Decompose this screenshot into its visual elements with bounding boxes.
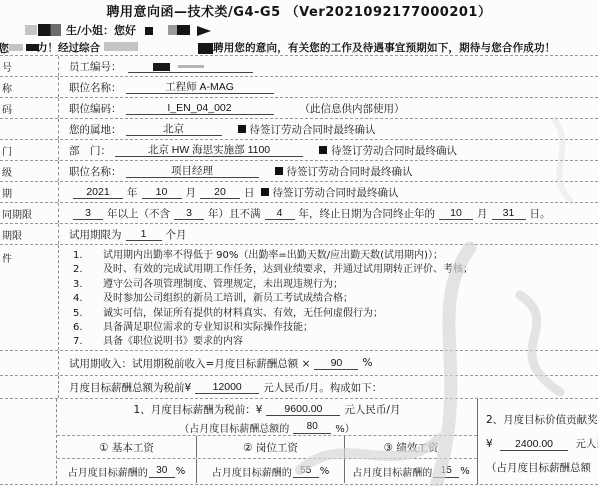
contract-text: 年以上（不含 xyxy=(107,206,170,221)
row-employee-id: 号 员工编号： xyxy=(0,56,598,77)
row-department: 门 部 门： 北京 HW 海思实施部 1100 待签订劳动合同时最终确认 xyxy=(0,140,598,161)
date-day-unit: 日 xyxy=(244,185,255,200)
condition-number: 7. xyxy=(69,335,103,349)
contract-text: 年，终止日期为合同终止年的 xyxy=(299,206,436,221)
condition-item: 6.具备满足职位需求的专业知识和实际操作技能； xyxy=(69,321,598,335)
job-title-label: 职位名称： xyxy=(69,80,122,95)
position-label: 职位名称： xyxy=(69,164,122,179)
percent-sign: % xyxy=(320,466,330,477)
side-label: 级 xyxy=(0,161,59,181)
condition-text: 及时参加公司组织的新员工培训，新员工考试成绩合格； xyxy=(103,292,353,306)
salary-columns-values: 占月度目标薪酬的 30 % 占月度目标薪酬的 55 % 占月度目标薪酬的 15 … xyxy=(57,458,477,483)
condition-number: 6. xyxy=(69,321,103,335)
side-label xyxy=(0,376,59,398)
end-day-value: 31 xyxy=(492,207,526,220)
percent-sign: % xyxy=(362,357,372,369)
contract-text: 日。 xyxy=(530,206,551,221)
side-label: 码 xyxy=(0,98,59,118)
side-label: 期限 xyxy=(0,224,59,244)
date-day-value: 20 xyxy=(200,186,240,199)
salutation-text: 生/小姐：您好 xyxy=(66,22,136,38)
date-year-unit: 年 xyxy=(127,185,138,200)
job-code-label: 职位编码： xyxy=(69,101,122,116)
contract-max-value: 4 xyxy=(265,207,295,220)
condition-text: 具备满足职位需求的专业知识和实际操作技能； xyxy=(103,321,313,335)
salary-item2-section: 2、月度目标价值贡献奖 ¥ 2400.00 元人民币 （占月度目标薪酬总额 xyxy=(478,399,598,484)
column-head-perf: ③ 绩效工资 xyxy=(345,436,477,458)
side-label xyxy=(0,351,59,375)
confirm-note: 待签订劳动合同时最终确认 xyxy=(287,164,413,179)
checkbox-filled-icon xyxy=(275,167,283,175)
row-contract-term: 同期限 3 年以上（不含 3 年）且不满 4 年，终止日期为合同终止年的 10 … xyxy=(0,203,598,224)
redaction-block xyxy=(168,25,190,35)
side-label: 称 xyxy=(0,77,59,97)
salary-item1-section: 1、月度目标薪酬为税前：¥ 9600.00 元人民币/月 （占月度目标薪酬总额的… xyxy=(57,399,478,484)
column-head-post: ② 岗位工资 xyxy=(197,436,345,458)
redaction-block xyxy=(145,27,153,35)
contract-years-value: 3 xyxy=(73,207,103,220)
document-page: 聘用意向函—技术类/G4-G5 （Ver2021092177000201） 生/… xyxy=(0,0,598,486)
condition-text: 遵守公司各项管理制度、管理规定，未出现违规行为； xyxy=(103,278,343,292)
condition-item: 7.具备《职位说明书》要求的内容 xyxy=(69,335,598,349)
document-title: 聘用意向函—技术类/G4-G5 （Ver2021092177000201） xyxy=(0,1,598,20)
checkbox-filled-icon xyxy=(319,146,327,154)
item1-value: 9600.00 xyxy=(266,403,340,416)
item1-suffix: 元人民币/月 xyxy=(344,402,400,417)
redaction-mark xyxy=(197,26,211,36)
row-job-code: 码 职位编码： I_EN_04_002 （此信息供内部使用） xyxy=(0,98,598,119)
item1-pct-label: （占月度目标薪酬总额的 xyxy=(179,420,289,435)
condition-number: 5. xyxy=(69,307,103,321)
salary-columns-header: ① 基本工资 ② 岗位工资 ③ 绩效工资 xyxy=(57,435,477,458)
side-label: 号 xyxy=(0,56,59,76)
probation-label: 试用期限为 xyxy=(69,227,122,242)
internal-use-note: （此信息供内部使用） xyxy=(300,101,405,116)
item2-pct-label: （占月度目标薪酬总额 xyxy=(486,456,598,480)
condition-item: 2.及时、有效的完成试用期工作任务，达到业绩要求，并通过试用期转正评价、考核； xyxy=(69,263,598,277)
column-pct-label: 占月度目标薪酬的 xyxy=(352,464,432,479)
column-head-base: ① 基本工资 xyxy=(57,436,197,458)
probation-unit: 个月 xyxy=(166,227,187,242)
location-value: 北京 xyxy=(126,123,222,136)
column-pct-label: 占月度目标薪酬的 xyxy=(212,464,292,479)
end-month-value: 10 xyxy=(439,207,473,220)
condition-item: 1.试用期内出勤率不得低于 90%（出勤率=出勤天数/应出勤天数(试用期内)）； xyxy=(69,249,598,263)
side-label: 门 xyxy=(0,140,59,160)
side-label: 期 xyxy=(0,182,59,202)
column-pct-label: 占月度目标薪酬的 xyxy=(68,464,148,479)
redaction-block xyxy=(38,24,61,36)
condition-text: 试用期内出勤率不得低于 90%（出勤率=出勤天数/应出勤天数(试用期内)）； xyxy=(103,249,443,263)
row-conditions: 件 1.试用期内出勤率不得低于 90%（出勤率=出勤天数/应出勤天数(试用期内)… xyxy=(0,245,598,351)
item1-label: 1、月度目标薪酬为税前：¥ xyxy=(134,402,263,417)
location-label: 您的属地： xyxy=(69,122,122,137)
side-label: 件 xyxy=(0,245,59,350)
item2-suffix: 元人民币 xyxy=(575,438,598,450)
condition-text: 诚实可信，保证所有提供的材料真实、有效，无任何虚假行为； xyxy=(103,307,383,321)
contract-excl-value: 3 xyxy=(174,207,204,220)
condition-item: 3.遵守公司各项管理制度、管理规定，未出现违规行为； xyxy=(69,278,598,292)
checkbox-filled-icon xyxy=(238,125,246,133)
row-date: 期 2021 年 10 月 20 日 待签订劳动合同时最终确认 xyxy=(0,182,598,203)
confirm-note: 待签订劳动合同时最终确认 xyxy=(331,143,457,158)
contract-text: 年）且不满 xyxy=(208,206,261,221)
row-probation-income: 试用期收入：试用期税前收入=月度目标薪酬总额 × 90 % xyxy=(0,351,598,376)
position-value: 项目经理 xyxy=(126,165,259,178)
percent-sign: % xyxy=(460,466,470,477)
condition-text: 及时、有效的完成试用期工作任务，达到业绩要求，并通过试用期转正评价、考核； xyxy=(103,263,473,277)
item1-pct-value: 80 xyxy=(293,421,331,434)
redaction-block xyxy=(198,43,213,54)
greeting-fragment: 您 xyxy=(0,40,9,56)
row-monthly-total: 月度目标薪酬总额为税前¥ 12000 元人民币/月。构成如下： xyxy=(0,376,598,399)
post-pct-value: 55 xyxy=(293,465,319,478)
redaction-block xyxy=(25,25,37,35)
probation-months-value: 1 xyxy=(126,228,162,241)
monthly-total-suffix: 元人民币/月。构成如下： xyxy=(263,380,382,395)
perf-pct-value: 15 xyxy=(433,465,459,478)
employee-id-label: 员工编号： xyxy=(69,59,122,74)
greeting-fragment: 力！经过综合 xyxy=(37,40,100,55)
row-probation-term: 期限 试用期限为 1 个月 xyxy=(0,224,598,245)
row-job-title: 称 职位名称： 工程师 A-MAG xyxy=(0,77,598,98)
condition-item: 5.诚实可信，保证所有提供的材料真实、有效，无任何虚假行为； xyxy=(69,307,598,321)
date-month-value: 10 xyxy=(142,186,182,199)
date-month-unit: 月 xyxy=(186,185,197,200)
redaction-mark xyxy=(178,65,204,68)
item2-value: 2400.00 xyxy=(500,438,568,451)
percent-sign: % xyxy=(176,466,186,477)
probation-income-label: 试用期收入：试用期税前收入=月度目标薪酬总额 × xyxy=(69,356,310,371)
contract-text: 月 xyxy=(477,206,488,221)
monthly-total-value: 12000 xyxy=(195,381,259,394)
currency-sign: ¥ xyxy=(486,438,493,450)
date-year-value: 2021 xyxy=(73,186,123,199)
item1-pct-suffix: %） xyxy=(335,420,355,435)
item2-title: 2、月度目标价值贡献奖 xyxy=(486,408,598,432)
condition-item: 4.及时参加公司组织的新员工培训，新员工考试成绩合格； xyxy=(69,292,598,306)
employee-id-field xyxy=(128,60,253,73)
greeting-main-text: 聘用您的意向，有关您的工作及待遇事宜预期如下，期待与您合作成功！ xyxy=(213,40,555,55)
row-location: 您的属地： 北京 待签订劳动合同时最终确认 xyxy=(0,119,598,140)
confirm-note: 待签订劳动合同时最终确认 xyxy=(273,185,399,200)
condition-number: 3. xyxy=(69,278,103,292)
side-label xyxy=(0,399,57,484)
job-code-value: I_EN_04_002 xyxy=(126,102,274,115)
job-title-value: 工程师 A-MAG xyxy=(126,81,274,94)
conditions-list: 1.试用期内出勤率不得低于 90%（出勤率=出勤天数/应出勤天数(试用期内)）；… xyxy=(59,245,598,350)
condition-text: 具备《职位说明书》要求的内容 xyxy=(103,335,243,349)
redaction-block xyxy=(153,63,170,71)
salary-composition-block: 1、月度目标薪酬为税前：¥ 9600.00 元人民币/月 （占月度目标薪酬总额的… xyxy=(0,399,598,485)
side-label xyxy=(0,119,59,139)
condition-number: 1. xyxy=(69,249,103,263)
condition-number: 2. xyxy=(69,263,103,277)
department-label: 部 门： xyxy=(69,143,111,158)
side-label: 同期限 xyxy=(0,203,59,223)
department-value: 北京 HW 海思实施部 1100 xyxy=(115,144,303,157)
base-pct-value: 30 xyxy=(149,465,175,478)
confirm-note: 待签订劳动合同时最终确认 xyxy=(250,122,376,137)
offer-form-table: 号 员工编号： 称 职位名称： 工程师 A-MAG 码 职位编码： I_EN_0… xyxy=(0,55,598,485)
condition-number: 4. xyxy=(69,292,103,306)
probation-income-pct-value: 90 xyxy=(314,357,358,370)
monthly-total-label: 月度目标薪酬总额为税前¥ xyxy=(69,380,191,395)
redaction-block xyxy=(9,44,23,51)
row-position: 级 职位名称： 项目经理 待签订劳动合同时最终确认 xyxy=(0,161,598,182)
redaction-block xyxy=(104,42,138,51)
checkbox-filled-icon xyxy=(261,188,269,196)
